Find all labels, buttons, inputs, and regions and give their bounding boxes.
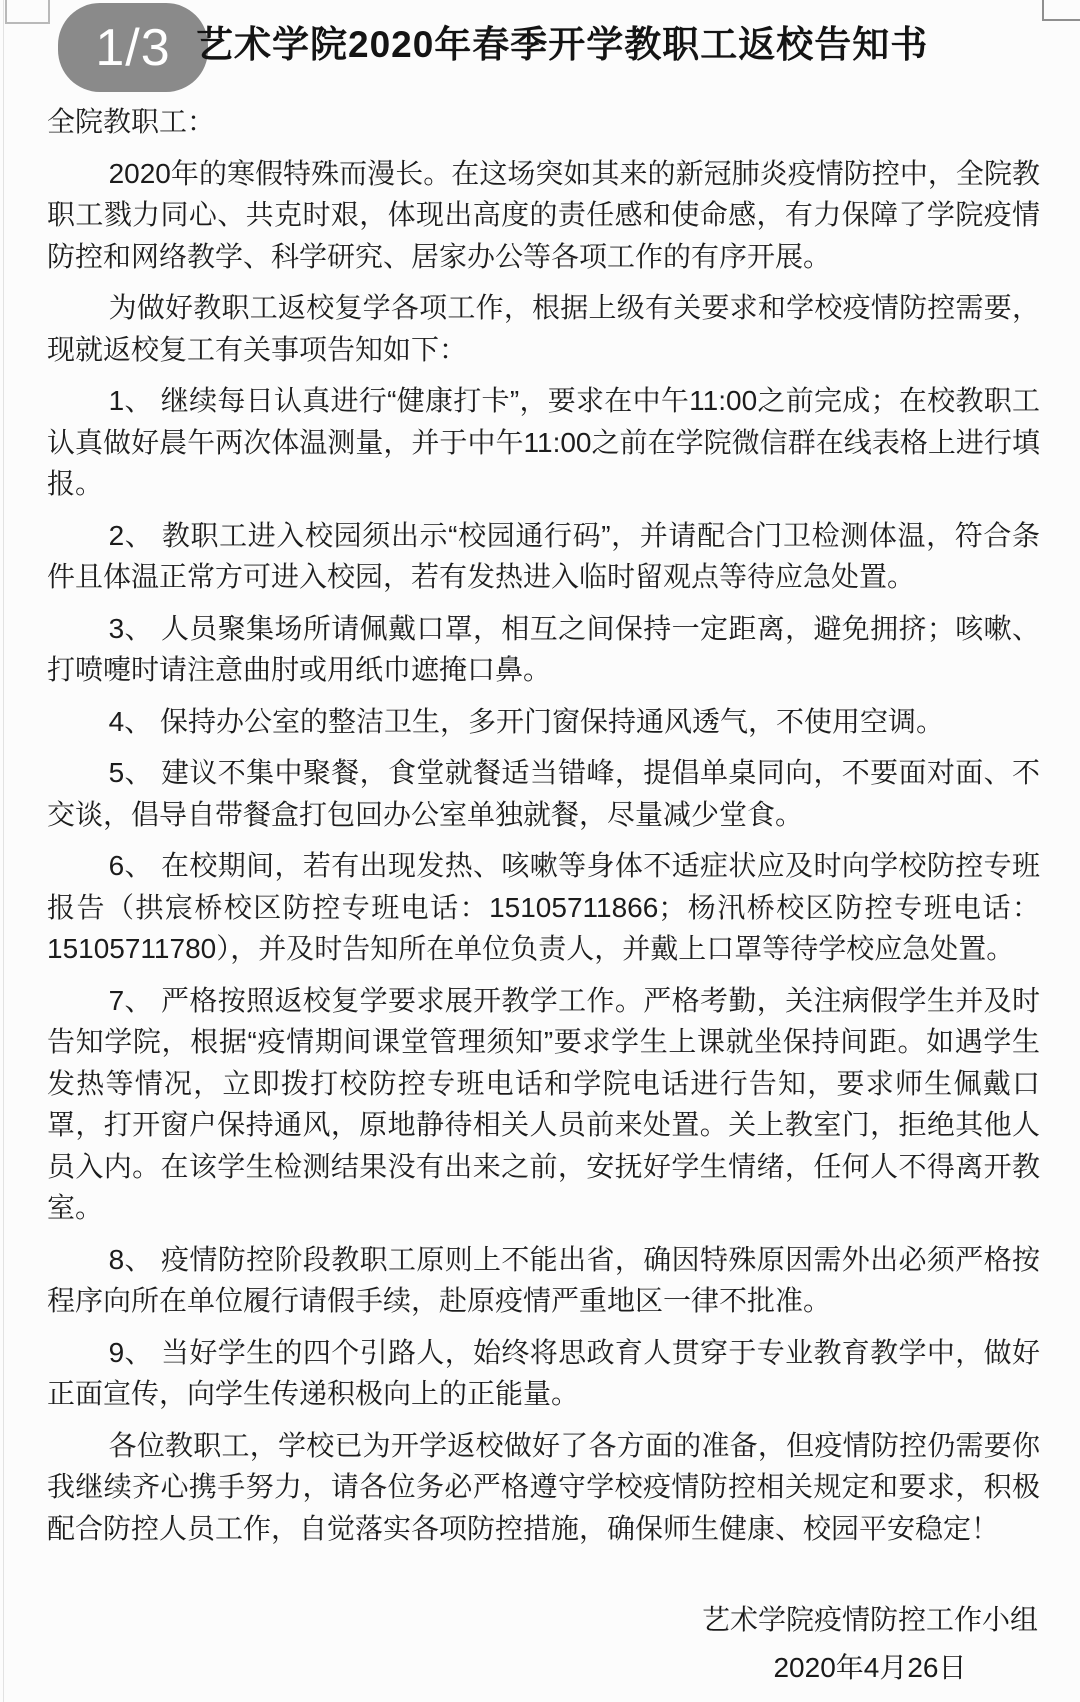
notice-paragraph: 2020年的寒假特殊而漫长。在这场突如其来的新冠肺炎疫情防控中，全院教职工戮力同… — [47, 153, 1040, 278]
notice-paragraph: 2、 教职工进入校园须出示“校园通行码”，并请配合门卫检测体温，符合条件且体温正… — [47, 515, 1040, 598]
notice-page: 1/3 艺术学院2020年春季开学教职工返校告知书 全院教职工： 2020年的寒… — [0, 0, 1080, 1702]
notice-paragraph: 9、 当好学生的四个引路人，始终将思政育人贯穿于专业教育教学中，做好正面宣传，向… — [47, 1332, 1040, 1415]
crop-corner-topright-icon — [1042, 0, 1080, 21]
notice-paragraph: 5、 建议不集中聚餐，食堂就餐适当错峰，提倡单桌同向，不要面对面、不交谈，倡导自… — [47, 752, 1040, 835]
notice-paragraph: 8、 疫情防控阶段教职工原则上不能出省，确因特殊原因需外出必须严格按程序向所在单… — [47, 1239, 1040, 1322]
notice-paragraph: 各位教职工，学校已为开学返校做好了各方面的准备，但疫情防控仍需要你我继续齐心携手… — [47, 1425, 1040, 1550]
notice-paragraph: 1、 继续每日认真进行“健康打卡”，要求在中午11:00之前完成；在校教职工认真… — [47, 380, 1040, 505]
notice-paragraph: 4、 保持办公室的整洁卫生，多开门窗保持通风透气，不使用空调。 — [47, 701, 1040, 743]
signature-date: 2020年4月26日 — [773, 1644, 966, 1692]
notice-paragraph: 3、 人员聚集场所请佩戴口罩，相互之间保持一定距离，避免拥挤；咳嗽、打喷嚏时请注… — [47, 608, 1040, 691]
notice-paragraph: 为做好教职工返校复学各项工作，根据上级有关要求和学校疫情防控需要，现就返校复工有… — [47, 287, 1040, 370]
signature-block: 艺术学院疫情防控工作小组 2020年4月26日 — [702, 1596, 1038, 1692]
page-left-edge — [3, 0, 4, 1702]
signature-org: 艺术学院疫情防控工作小组 — [702, 1596, 1038, 1644]
notice-paragraph: 7、 严格按照返校复学要求展开教学工作。严格考勤，关注病假学生并及时告知学院，根… — [47, 980, 1040, 1229]
crop-corner-topleft-icon — [5, 0, 50, 24]
notice-body: 全院教职工： 2020年的寒假特殊而漫长。在这场突如其来的新冠肺炎疫情防控中，全… — [47, 101, 1040, 1559]
notice-paragraph: 6、 在校期间，若有出现发热、咳嗽等身体不适症状应及时向学校防控专班报告（拱宸桥… — [47, 845, 1040, 970]
page-indicator-badge: 1/3 — [58, 3, 208, 92]
salutation: 全院教职工： — [47, 101, 1040, 143]
notice-title: 艺术学院2020年春季开学教职工返校告知书 — [196, 24, 928, 66]
